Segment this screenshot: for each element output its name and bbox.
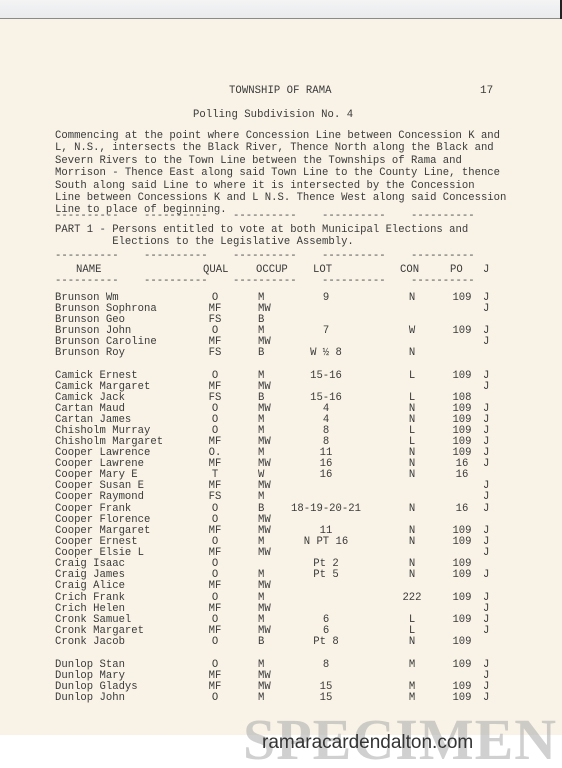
cell-con: L bbox=[392, 371, 432, 382]
part-heading: PART 1 - Persons entitled to vote at bot… bbox=[55, 224, 468, 248]
cell-qual: MF bbox=[200, 581, 230, 592]
cell-occup: B bbox=[258, 637, 264, 648]
cell-con: M bbox=[392, 660, 432, 671]
cell-qual: O bbox=[200, 637, 230, 648]
cell-lot: 16 bbox=[276, 470, 376, 481]
cell-j: J bbox=[483, 548, 489, 559]
polling-subdivision-heading: Polling Subdivision No. 4 bbox=[193, 110, 353, 121]
cell-qual: FS bbox=[200, 492, 230, 503]
cell-con: N bbox=[392, 537, 432, 548]
cell-po: 109 bbox=[444, 615, 480, 626]
cell-con: N bbox=[392, 504, 432, 515]
cell-con: 222 bbox=[392, 593, 432, 604]
cell-j: J bbox=[483, 304, 489, 315]
cell-j: J bbox=[483, 382, 489, 393]
cell-lot: 18-19-20-21 bbox=[276, 504, 376, 515]
cell-occup: MW bbox=[258, 548, 271, 559]
column-header-j: J bbox=[483, 264, 489, 276]
separator-dashes: ---------- ---------- ---------- -------… bbox=[55, 276, 475, 286]
boundary-description: Commencing at the point where Concession… bbox=[55, 130, 535, 217]
cell-po: 109 bbox=[444, 293, 480, 304]
cell-con: M bbox=[392, 693, 432, 704]
cell-lot: N PT 16 bbox=[276, 537, 376, 548]
cell-lot: W ½ 8 bbox=[276, 348, 376, 359]
cell-j: J bbox=[483, 626, 489, 637]
cell-lot: Pt 8 bbox=[276, 637, 376, 648]
cell-j: J bbox=[483, 492, 489, 503]
cell-po: 109 bbox=[444, 570, 480, 581]
cell-po: 109 bbox=[444, 660, 480, 671]
table-row: Brunson RoyFSBW ½ 8N bbox=[0, 348, 562, 359]
cell-con: N bbox=[392, 293, 432, 304]
cell-po: 109 bbox=[444, 593, 480, 604]
site-watermark: ramaracardendalton.com bbox=[262, 733, 473, 753]
cell-con: N bbox=[392, 637, 432, 648]
cell-j: J bbox=[483, 337, 489, 348]
cell-j: J bbox=[483, 570, 489, 581]
scan-top-border bbox=[0, 0, 562, 19]
cell-po: 109 bbox=[444, 637, 480, 648]
cell-occup: MW bbox=[258, 581, 271, 592]
cell-qual: O bbox=[200, 693, 230, 704]
cell-lot: 9 bbox=[276, 293, 376, 304]
cell-po: 109 bbox=[444, 371, 480, 382]
table-row: Dunlop JohnOM15M109J bbox=[0, 693, 562, 704]
cell-po: 109 bbox=[444, 326, 480, 337]
cell-po: 16 bbox=[444, 504, 480, 515]
cell-name: Brunson Roy bbox=[55, 348, 125, 359]
cell-con: N bbox=[392, 348, 432, 359]
cell-occup: B bbox=[258, 348, 264, 359]
cell-occup: M bbox=[258, 693, 264, 704]
separator-dashes: ---------- ---------- ---------- -------… bbox=[55, 211, 475, 221]
cell-con: N bbox=[392, 470, 432, 481]
cell-con: N bbox=[392, 570, 432, 581]
cell-j: J bbox=[483, 504, 489, 515]
separator-dashes: ---------- ---------- ---------- -------… bbox=[55, 251, 475, 261]
cell-lot: 7 bbox=[276, 326, 376, 337]
cell-name: Cronk Jacob bbox=[55, 637, 125, 648]
cell-j: J bbox=[483, 459, 489, 470]
table-row: Cronk JacobOBPt 8N109 bbox=[0, 637, 562, 648]
cell-name: Cooper Raymond bbox=[55, 492, 144, 503]
cell-po: 109 bbox=[444, 693, 480, 704]
cell-lot: 8 bbox=[276, 660, 376, 671]
cell-name: Dunlop John bbox=[55, 693, 125, 704]
cell-lot: 15 bbox=[276, 693, 376, 704]
cell-lot: Pt 5 bbox=[276, 570, 376, 581]
cell-j: J bbox=[483, 693, 489, 704]
page-title: TOWNSHIP OF RAMA bbox=[229, 86, 332, 97]
cell-occup: M bbox=[258, 492, 264, 503]
cell-name: Craig Alice bbox=[55, 581, 125, 592]
table-row: Cooper RaymondFSMJ bbox=[0, 492, 562, 503]
cell-con: W bbox=[392, 326, 432, 337]
table-row: Craig AliceMFMW bbox=[0, 581, 562, 592]
cell-po: 109 bbox=[444, 537, 480, 548]
cell-po: 16 bbox=[444, 470, 480, 481]
cell-lot: 15-16 bbox=[276, 371, 376, 382]
cell-qual: FS bbox=[200, 348, 230, 359]
page-number: 17 bbox=[480, 86, 493, 97]
